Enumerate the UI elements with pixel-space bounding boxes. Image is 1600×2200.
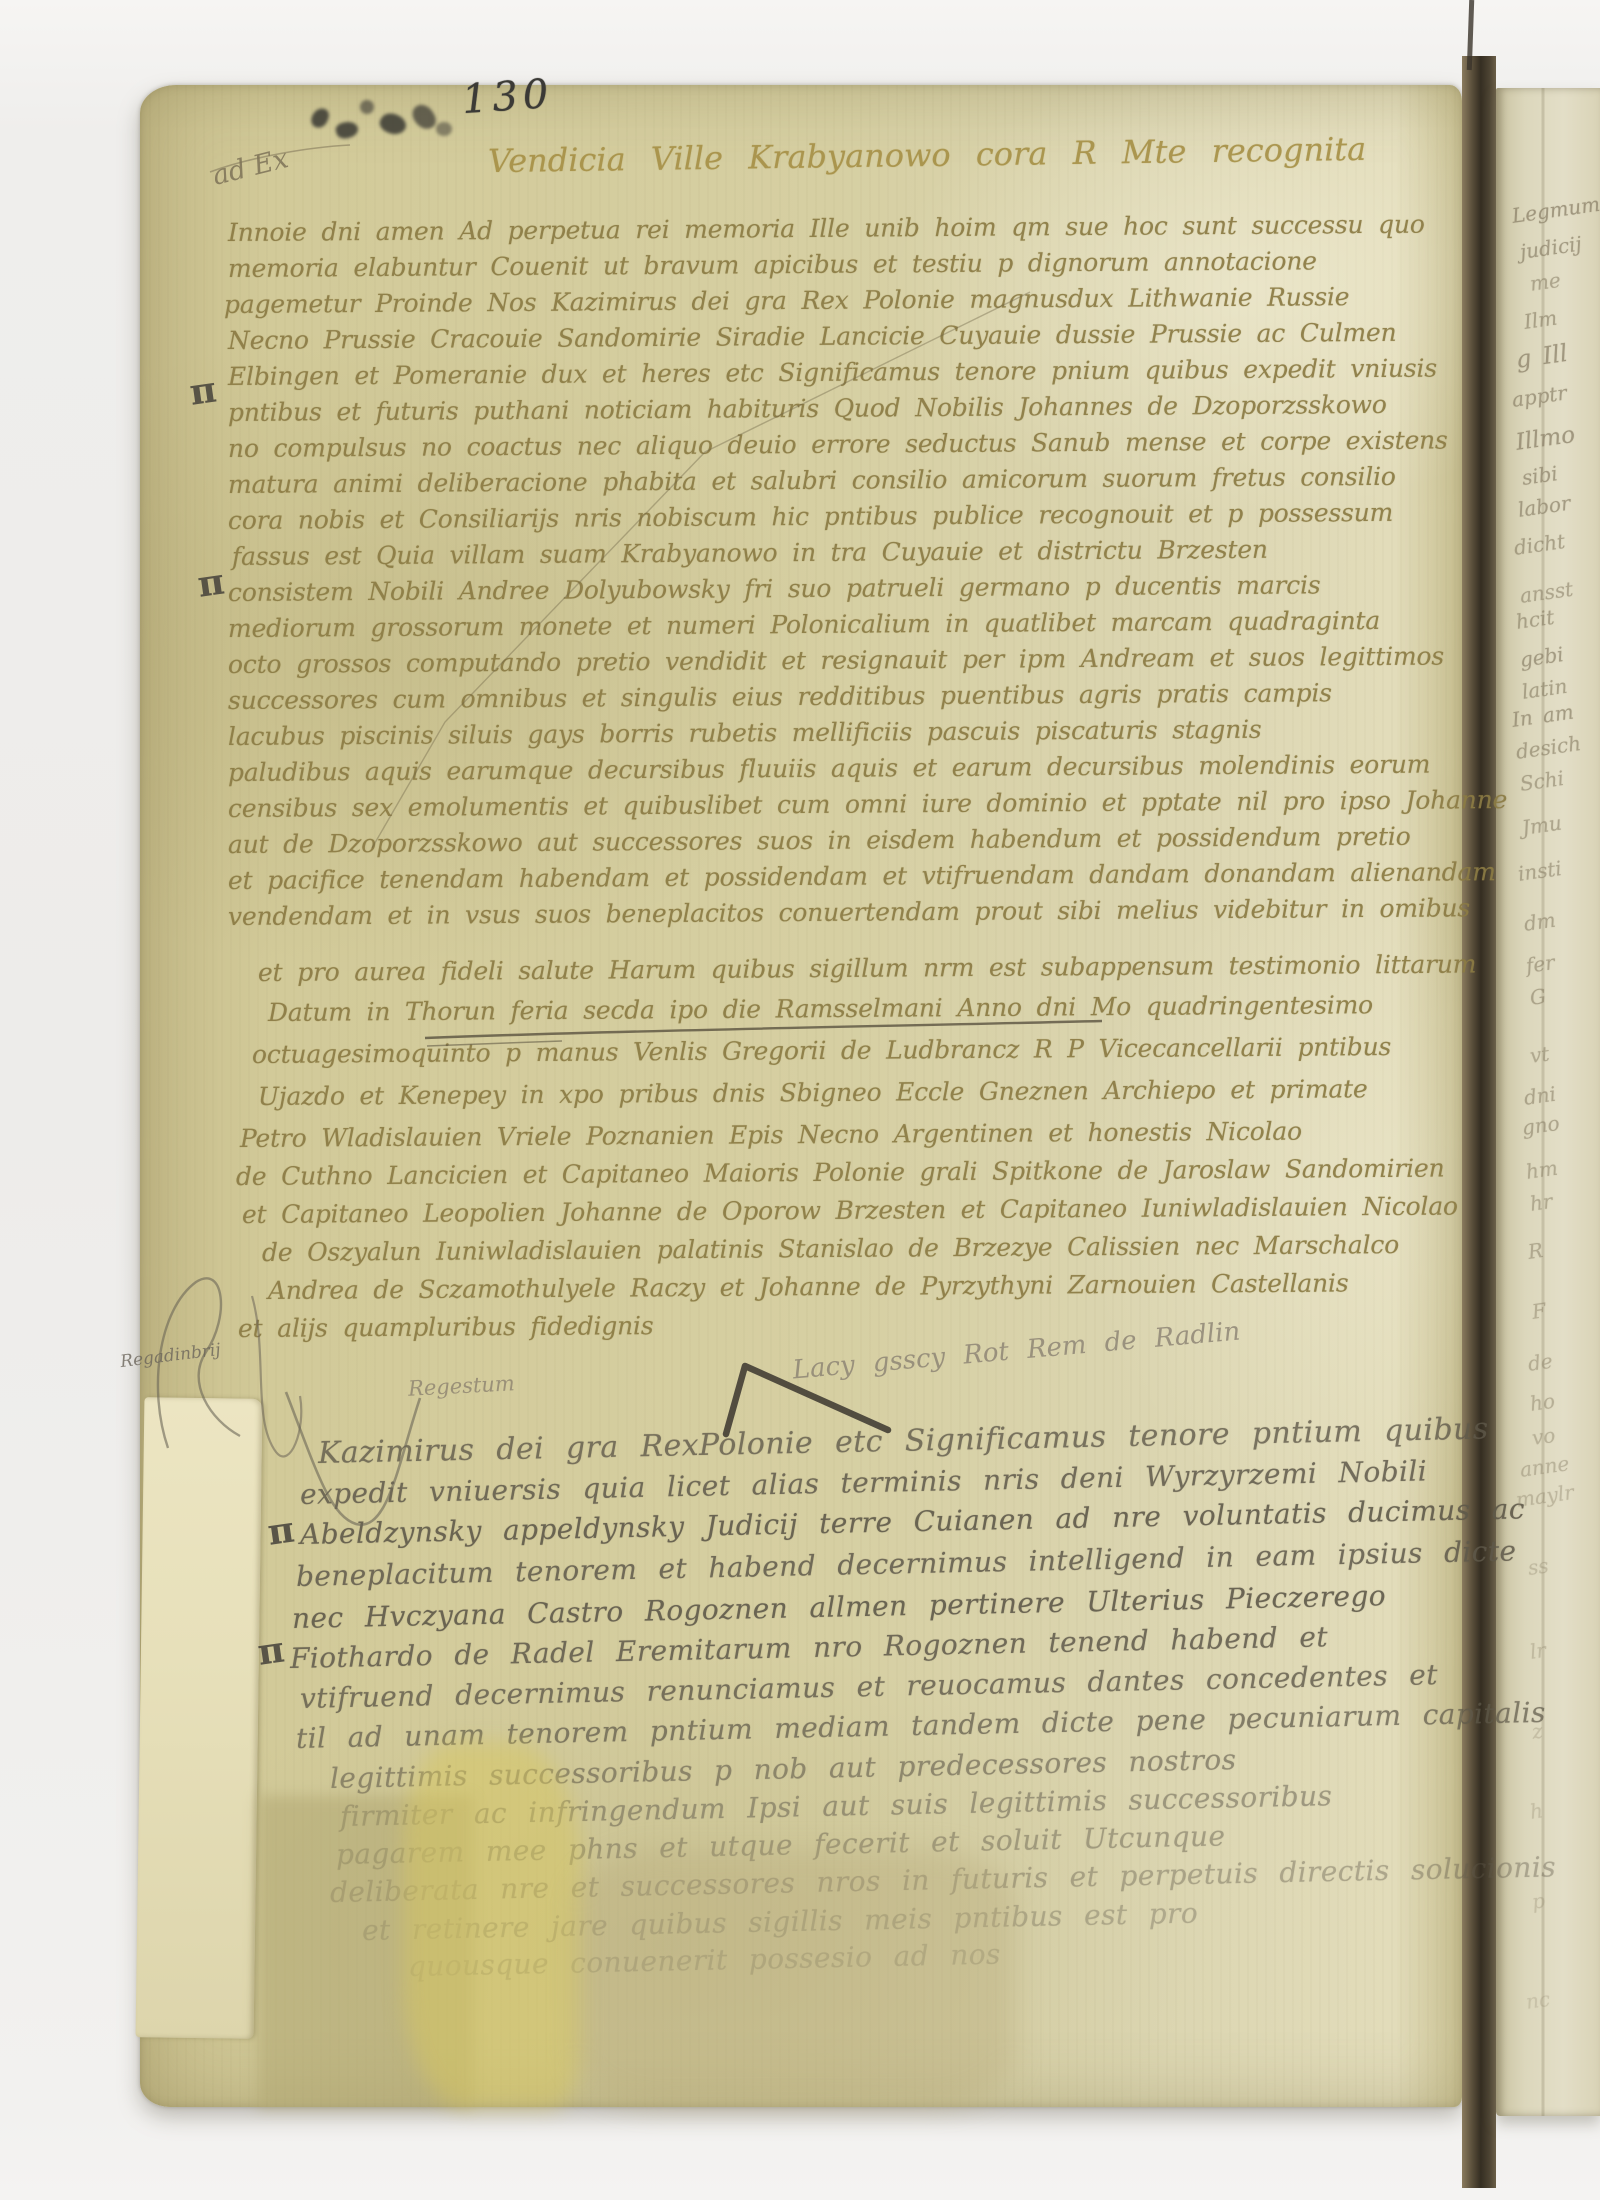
manuscript-line: Necno Prussie Cracouie Sandomirie Siradi…: [228, 318, 1397, 355]
manuscript-line: et Capitaneo Leopolien Johanne de Oporow…: [242, 1192, 1458, 1229]
manuscript-line: paludibus aquis earumque decursibus fluu…: [228, 750, 1430, 787]
cutoff-text-fragment: gebi: [1518, 642, 1565, 672]
manuscript-line: pagemetur Proinde Nos Kazimirus dei gra …: [224, 282, 1349, 319]
cutoff-text-fragment: maylr: [1514, 1480, 1575, 1512]
cutoff-text-fragment: de: [1526, 1349, 1554, 1376]
cutoff-text-fragment: ss: [1526, 1553, 1550, 1580]
ink-stamp-smudge: [308, 92, 458, 154]
marginal-note: Regadinbrij: [119, 1340, 222, 1372]
manuscript-line: et pacifice tenendam habendam et posside…: [228, 857, 1496, 895]
cutoff-text-fragment: F: [1530, 1298, 1547, 1324]
cutoff-text-fragment: Illmo: [1514, 422, 1577, 456]
cutoff-text-fragment: dicht: [1512, 529, 1566, 560]
cutoff-text-fragment: apptr: [1510, 380, 1568, 411]
manuscript-line: et pro aurea fideli salute Harum quibus …: [258, 949, 1476, 987]
ink-layer: 130 ad Ex Vendicia Ville Krabyanowo cora…: [0, 0, 1600, 2200]
manuscript-photo: 130 ad Ex Vendicia Ville Krabyanowo cora…: [0, 0, 1600, 2200]
paragraph-mark-icon: π: [187, 369, 219, 414]
cutoff-text-fragment: latin: [1520, 674, 1569, 704]
cutoff-text-fragment: lr: [1528, 1638, 1547, 1664]
cutoff-text-fragment: In am: [1510, 699, 1575, 731]
cutoff-text-fragment: hr: [1528, 1189, 1554, 1216]
chancery-signature: Lacy gsscy Rot Rem de Radlin: [792, 1316, 1242, 1385]
manuscript-line: Andrea de Sczamothulyele Raczy et Johann…: [268, 1268, 1349, 1305]
paragraph-mark-icon: π: [255, 1629, 287, 1674]
cutoff-text-fragment: sibi: [1520, 461, 1559, 490]
cutoff-text-fragment: nc: [1524, 1987, 1551, 2014]
cutoff-text-fragment: hm: [1524, 1156, 1559, 1184]
cutoff-text-fragment: G: [1528, 984, 1547, 1010]
manuscript-line: de Cuthno Lancicien et Capitaneo Maioris…: [236, 1154, 1445, 1191]
cutoff-text-fragment: h: [1528, 1798, 1544, 1824]
paragraph-mark-icon: π: [195, 561, 227, 606]
manuscript-line: de Oszyalun Iuniwladislauien palatinis S…: [262, 1230, 1399, 1267]
cutoff-text-fragment: R: [1526, 1238, 1544, 1264]
cutoff-text-fragment: insti: [1516, 856, 1563, 886]
manuscript-line: consistem Nobili Andree Dolyubowsky fri …: [228, 570, 1321, 607]
cutoff-text-fragment: Jmu: [1520, 811, 1563, 840]
manuscript-line: matura animi deliberacione phabita et sa…: [228, 462, 1396, 499]
manuscript-line: vendendam et in vsus suos beneplacitos c…: [228, 893, 1470, 931]
manuscript-line: pntibus et futuris puthani noticiam habi…: [228, 390, 1387, 427]
manuscript-line: Elbingen et Pomeranie dux et heres etc S…: [228, 354, 1437, 391]
cutoff-text-fragment: desich: [1514, 731, 1582, 764]
manuscript-line: memoria elabuntur Couenit ut bravum apic…: [228, 246, 1317, 283]
manuscript-line: octuagesimoquinto p manus Venlis Gregori…: [252, 1032, 1391, 1069]
paragraph-mark-icon: π: [265, 1509, 297, 1554]
cutoff-text-fragment: ho: [1528, 1389, 1556, 1416]
manuscript-line: lacubus piscinis siluis gays borris rube…: [228, 715, 1262, 751]
cutoff-text-fragment: hcit: [1514, 605, 1555, 634]
manuscript-line: Innoie dni amen Ad perpetua rei memoria …: [228, 210, 1425, 247]
folio-number: 130: [461, 71, 555, 123]
cutoff-text-fragment: Ilm: [1522, 305, 1558, 333]
cutoff-text-fragment: labor: [1516, 491, 1572, 522]
cutoff-text-fragment: dni: [1522, 1082, 1557, 1110]
manuscript-line: mediorum grossorum monete et numeri Polo…: [228, 606, 1380, 643]
manuscript-line: successores cum omnibus et singulis eius…: [228, 678, 1332, 715]
cutoff-text-fragment: p: [1530, 1888, 1546, 1914]
tan-stain: [575, 1850, 1015, 2106]
cutoff-text-fragment: judicij: [1518, 231, 1583, 263]
cutoff-text-fragment: g Ill: [1514, 339, 1569, 374]
manuscript-line: aut de Dzoporzsskowo aut successores suo…: [228, 822, 1411, 859]
cutoff-text-fragment: ansst: [1518, 577, 1574, 608]
manuscript-line: censibus sex emolumentis et quibuslibet …: [228, 785, 1507, 823]
cutoff-text-fragment: anne: [1518, 1451, 1570, 1482]
cutoff-text-fragment: me: [1528, 268, 1562, 296]
manuscript-line: cora nobis et Consiliarijs nris nobiscum…: [228, 498, 1393, 535]
cutoff-text-fragment: gno: [1520, 1111, 1561, 1140]
manuscript-line: et alijs quampluribus fidedignis: [238, 1311, 654, 1343]
manuscript-line: fassus est Quia villam suam Krabyanowo i…: [232, 535, 1268, 571]
manuscript-line: Ujazdo et Kenepey in xpo pribus dnis Sbi…: [258, 1074, 1368, 1111]
section-label: Regestum: [407, 1371, 515, 1401]
manuscript-line: no compulsus no coactus nec aliquo deuio…: [228, 425, 1448, 463]
cutoff-text-fragment: Schi: [1518, 766, 1565, 796]
cutoff-text-fragment: vo: [1530, 1423, 1556, 1450]
manuscript-line: Datum in Thorun feria secda ipo die Rams…: [268, 990, 1373, 1027]
cutoff-text-fragment: fer: [1524, 950, 1556, 978]
manuscript-line: Petro Wladislauien Vriele Poznanien Epis…: [240, 1117, 1302, 1153]
archivist-corner-note: ad Ex: [209, 143, 291, 192]
cutoff-text-fragment: vt: [1528, 1041, 1550, 1067]
cutoff-text-fragment: Legmum: [1510, 192, 1600, 228]
yellow-stain: [404, 1742, 584, 2108]
cutoff-text-fragment: dm: [1522, 908, 1557, 936]
entry-heading: Vendicia Ville Krabyanowo cora R Mte rec…: [488, 130, 1367, 180]
manuscript-line: octo grossos computando pretio vendidit …: [228, 642, 1444, 679]
